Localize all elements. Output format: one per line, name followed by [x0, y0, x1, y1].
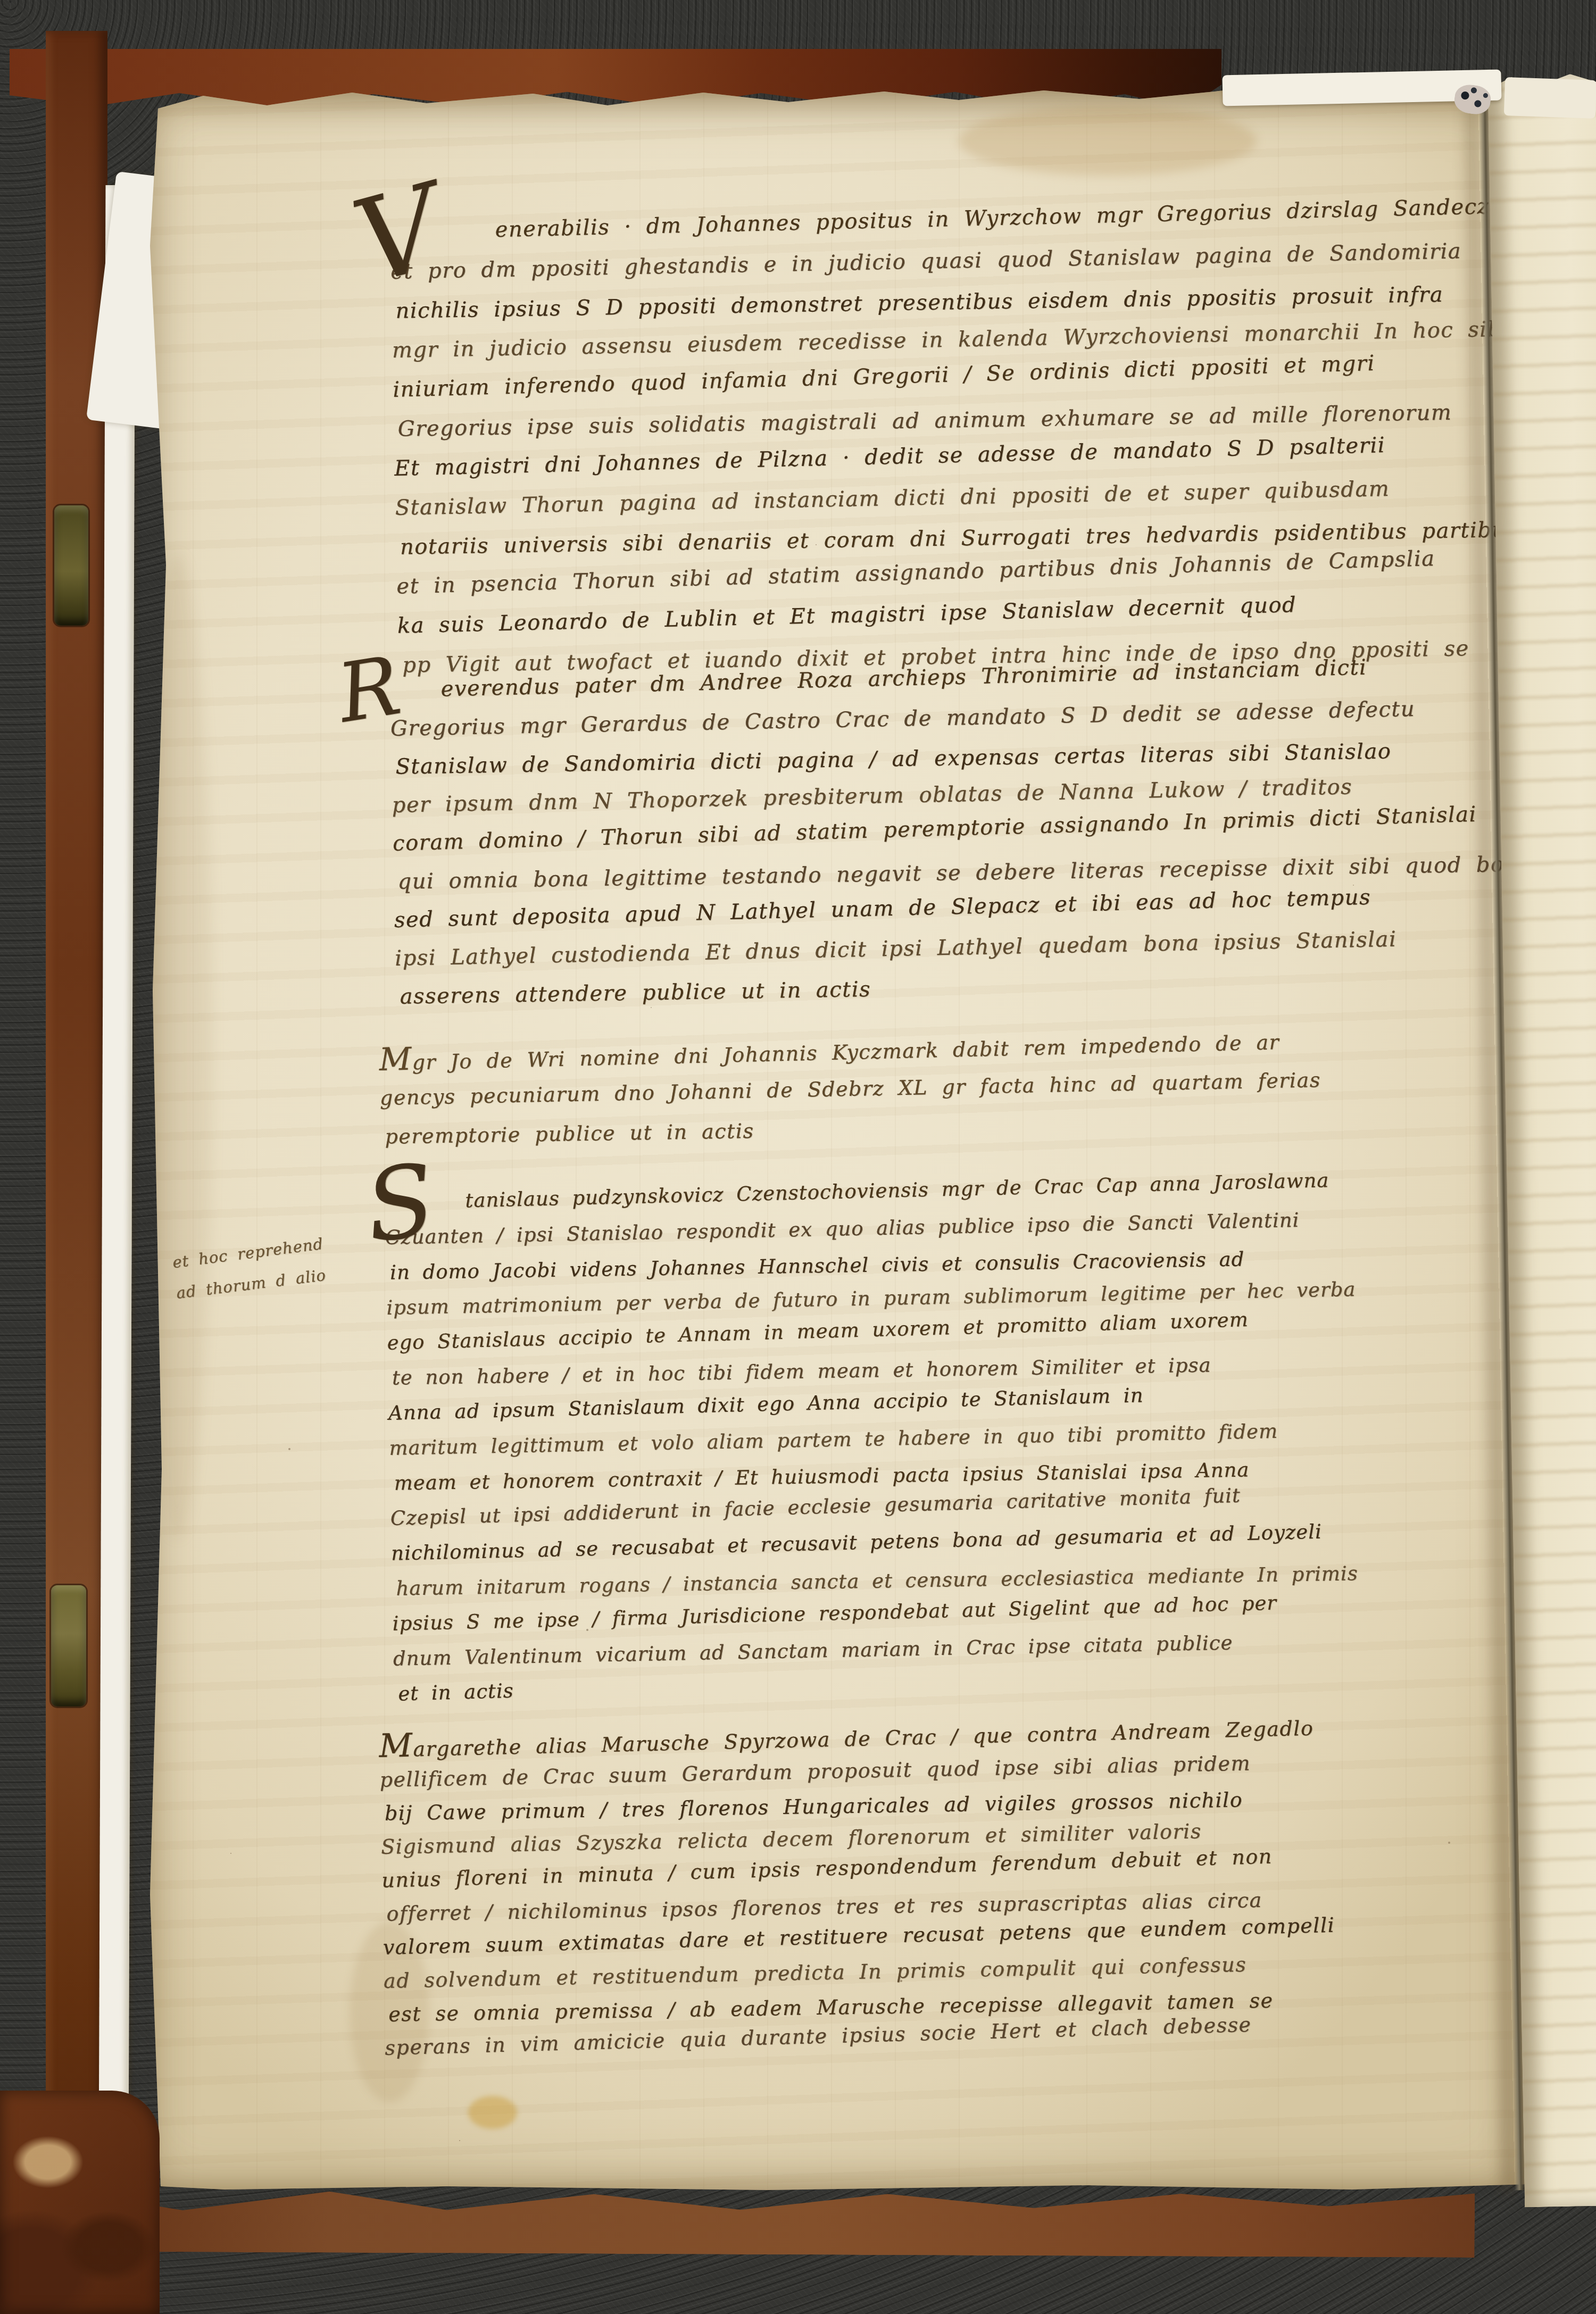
binding-corner-wear: [0, 2091, 160, 2314]
manuscript-page: V enerabilis · dm Johannes ppositus in W…: [129, 86, 1528, 2192]
paragraph-5: Margarethe alias Marusche Spyrzowa de Cr…: [379, 1712, 1337, 2065]
clasp-bottom: [51, 1585, 86, 1707]
paragraph-1-lines: enerabilis · dm Johannes ppositus in Wyr…: [389, 191, 1521, 685]
paragraph-1: V enerabilis · dm Johannes ppositus in W…: [389, 191, 1521, 685]
paragraph-2-lines: everendus pater dm Andree Roza archieps …: [389, 650, 1535, 1016]
paragraph-4: S tanislaus pudzynskovicz Czenstochovien…: [384, 1167, 1364, 1712]
page-text: V enerabilis · dm Johannes ppositus in W…: [129, 86, 1528, 2192]
clasp-top: [54, 505, 88, 626]
manuscript-photo: V enerabilis · dm Johannes ppositus in W…: [0, 0, 1596, 2314]
paragraph-3-lines: Mgr Jo de Wri nomine dni Johannis Kyczma…: [379, 1022, 1322, 1156]
paragraph-3: Mgr Jo de Wri nomine dni Johannis Kyczma…: [379, 1022, 1322, 1156]
torn-page-corner-2: [1504, 77, 1596, 119]
paragraph-4-lines: tanislaus pudzynskovicz Czenstochoviensi…: [384, 1167, 1364, 1712]
paragraph-2: R everendus pater dm Andree Roza archiep…: [389, 650, 1535, 1016]
paragraph-5-lines: Margarethe alias Marusche Spyrzowa de Cr…: [379, 1712, 1337, 2065]
marginal-note: et hoc reprehendad thorum d alio: [171, 1229, 329, 1309]
